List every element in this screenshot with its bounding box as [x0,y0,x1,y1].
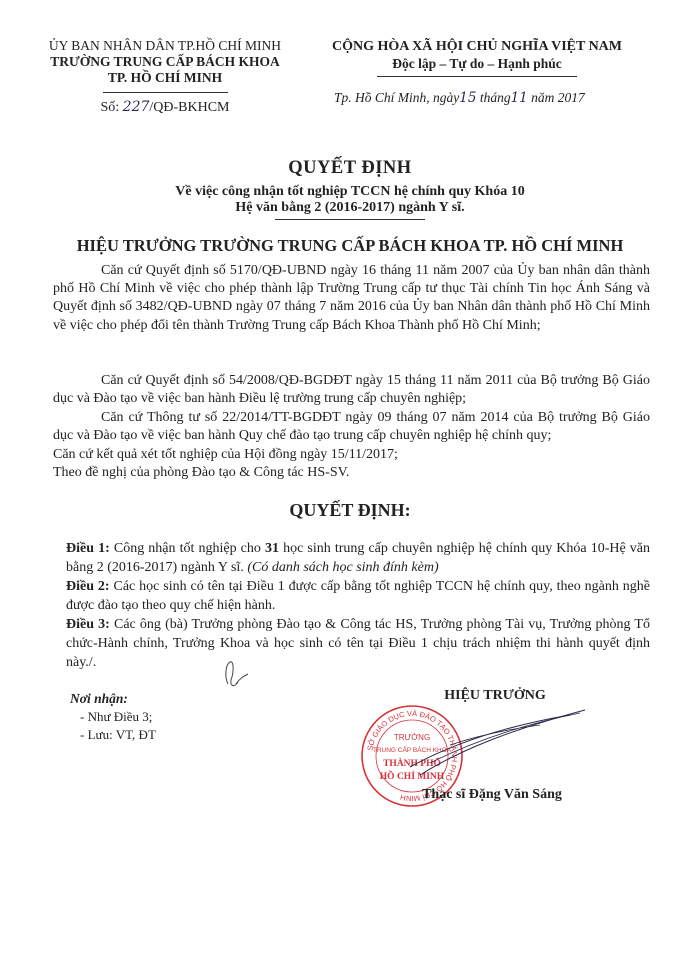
subject-divider [275,219,425,220]
article-text: Công nhận tốt nghiệp cho [110,541,265,556]
year-label: năm 2017 [528,90,585,105]
signer-title: HIỆU TRƯỞNG [420,688,570,704]
header-right-divider [377,76,577,77]
basis-text: Căn cứ kết quả xét tốt nghiệp của Hội đồ… [53,447,398,462]
header-issuing-authority: ỦY BAN NHÂN DÂN TP.HỒ CHÍ MINH TRƯỜNG TR… [30,38,300,116]
basis-paragraph-5: Theo đề nghị của phòng Đào tạo & Công tá… [53,464,650,482]
article-text: Các học sinh có tên tại Điều 1 được cấp … [66,579,650,613]
student-count: 31 [265,541,279,556]
article-label: Điều 2: [66,579,110,594]
number-suffix: /QĐ-BKHCM [149,100,229,115]
handwritten-signature-icon [410,705,590,785]
recipient-item: - Lưu: VT, ĐT [70,726,156,744]
subject-line1: Về việc công nhận tốt nghiệp TCCN hệ chí… [0,184,700,200]
handwritten-day: 15 [459,90,476,106]
country-name: CỘNG HÒA XÃ HỘI CHỦ NGHĨA VIỆT NAM [318,38,636,55]
basis-paragraph-1: Căn cứ Quyết định số 5170/QĐ-UBND ngày 1… [53,262,650,335]
date-prefix: Tp. Hồ Chí Minh, ngày [334,90,459,105]
signer-name: Thạc sĩ Đặng Văn Sáng [402,787,582,803]
document-number: Số: 227/QĐ-BKHCM [30,99,300,116]
article-3: Điều 3: Các ông (bà) Trưởng phòng Đào tạ… [66,616,650,672]
article-text: Các ông (bà) Trưởng phòng Đào tạo & Công… [66,617,650,670]
basis-paragraph-3: Căn cứ Thông tư số 22/2014/TT-BGDĐT ngày… [53,409,650,445]
recipient-item: - Như Điều 3; [70,708,156,726]
basis-paragraph-2: Căn cứ Quyết định số 54/2008/QĐ-BGDĐT ng… [53,372,650,408]
header-left-divider [103,92,228,93]
initials-signature-icon [222,654,262,694]
month-label: tháng [476,90,510,105]
recipients-heading: Nơi nhận: [70,690,156,708]
basis-text: Theo đề nghị của phòng Đào tạo & Công tá… [53,465,349,480]
authority-name: ỦY BAN NHÂN DÂN TP.HỒ CHÍ MINH [30,38,300,54]
handwritten-month: 11 [511,90,528,106]
header-national-motto: CỘNG HÒA XÃ HỘI CHỦ NGHĨA VIỆT NAM Độc l… [318,38,636,77]
issue-date: Tp. Hồ Chí Minh, ngày15 tháng11 năm 2017 [334,90,585,106]
document-title: QUYẾT ĐỊNH [0,158,700,179]
decision-heading: QUYẾT ĐỊNH: [0,500,700,521]
basis-text: Căn cứ Quyết định số 54/2008/QĐ-BGDĐT ng… [53,373,650,406]
article-2: Điều 2: Các học sinh có tên tại Điều 1 đ… [66,578,650,616]
subject-line2: Hệ văn bằng 2 (2016-2017) ngành Y sĩ. [0,200,700,216]
basis-paragraph-4: Căn cứ kết quả xét tốt nghiệp của Hội đồ… [53,446,650,464]
school-name-line2: TP. HỒ CHÍ MINH [30,70,300,86]
article-label: Điều 1: [66,541,110,556]
basis-text: Căn cứ Quyết định số 5170/QĐ-UBND ngày 1… [53,263,650,333]
attachment-note: (Có danh sách học sinh đính kèm) [247,560,438,575]
basis-text: Căn cứ Thông tư số 22/2014/TT-BGDĐT ngày… [53,410,650,443]
article-label: Điều 3: [66,617,110,632]
recipients-block: Nơi nhận: - Như Điều 3; - Lưu: VT, ĐT [70,690,156,744]
handwritten-number: 227 [123,99,150,115]
article-1: Điều 1: Công nhận tốt nghiệp cho 31 học … [66,540,650,578]
school-name-line1: TRƯỜNG TRUNG CẤP BÁCH KHOA [30,54,300,70]
issuer-heading: HIỆU TRƯỞNG TRƯỜNG TRUNG CẤP BÁCH KHOA T… [0,236,700,256]
document-subject: Về việc công nhận tốt nghiệp TCCN hệ chí… [0,184,700,220]
motto: Độc lập – Tự do – Hạnh phúc [318,55,636,72]
number-prefix: Số: [100,100,122,115]
